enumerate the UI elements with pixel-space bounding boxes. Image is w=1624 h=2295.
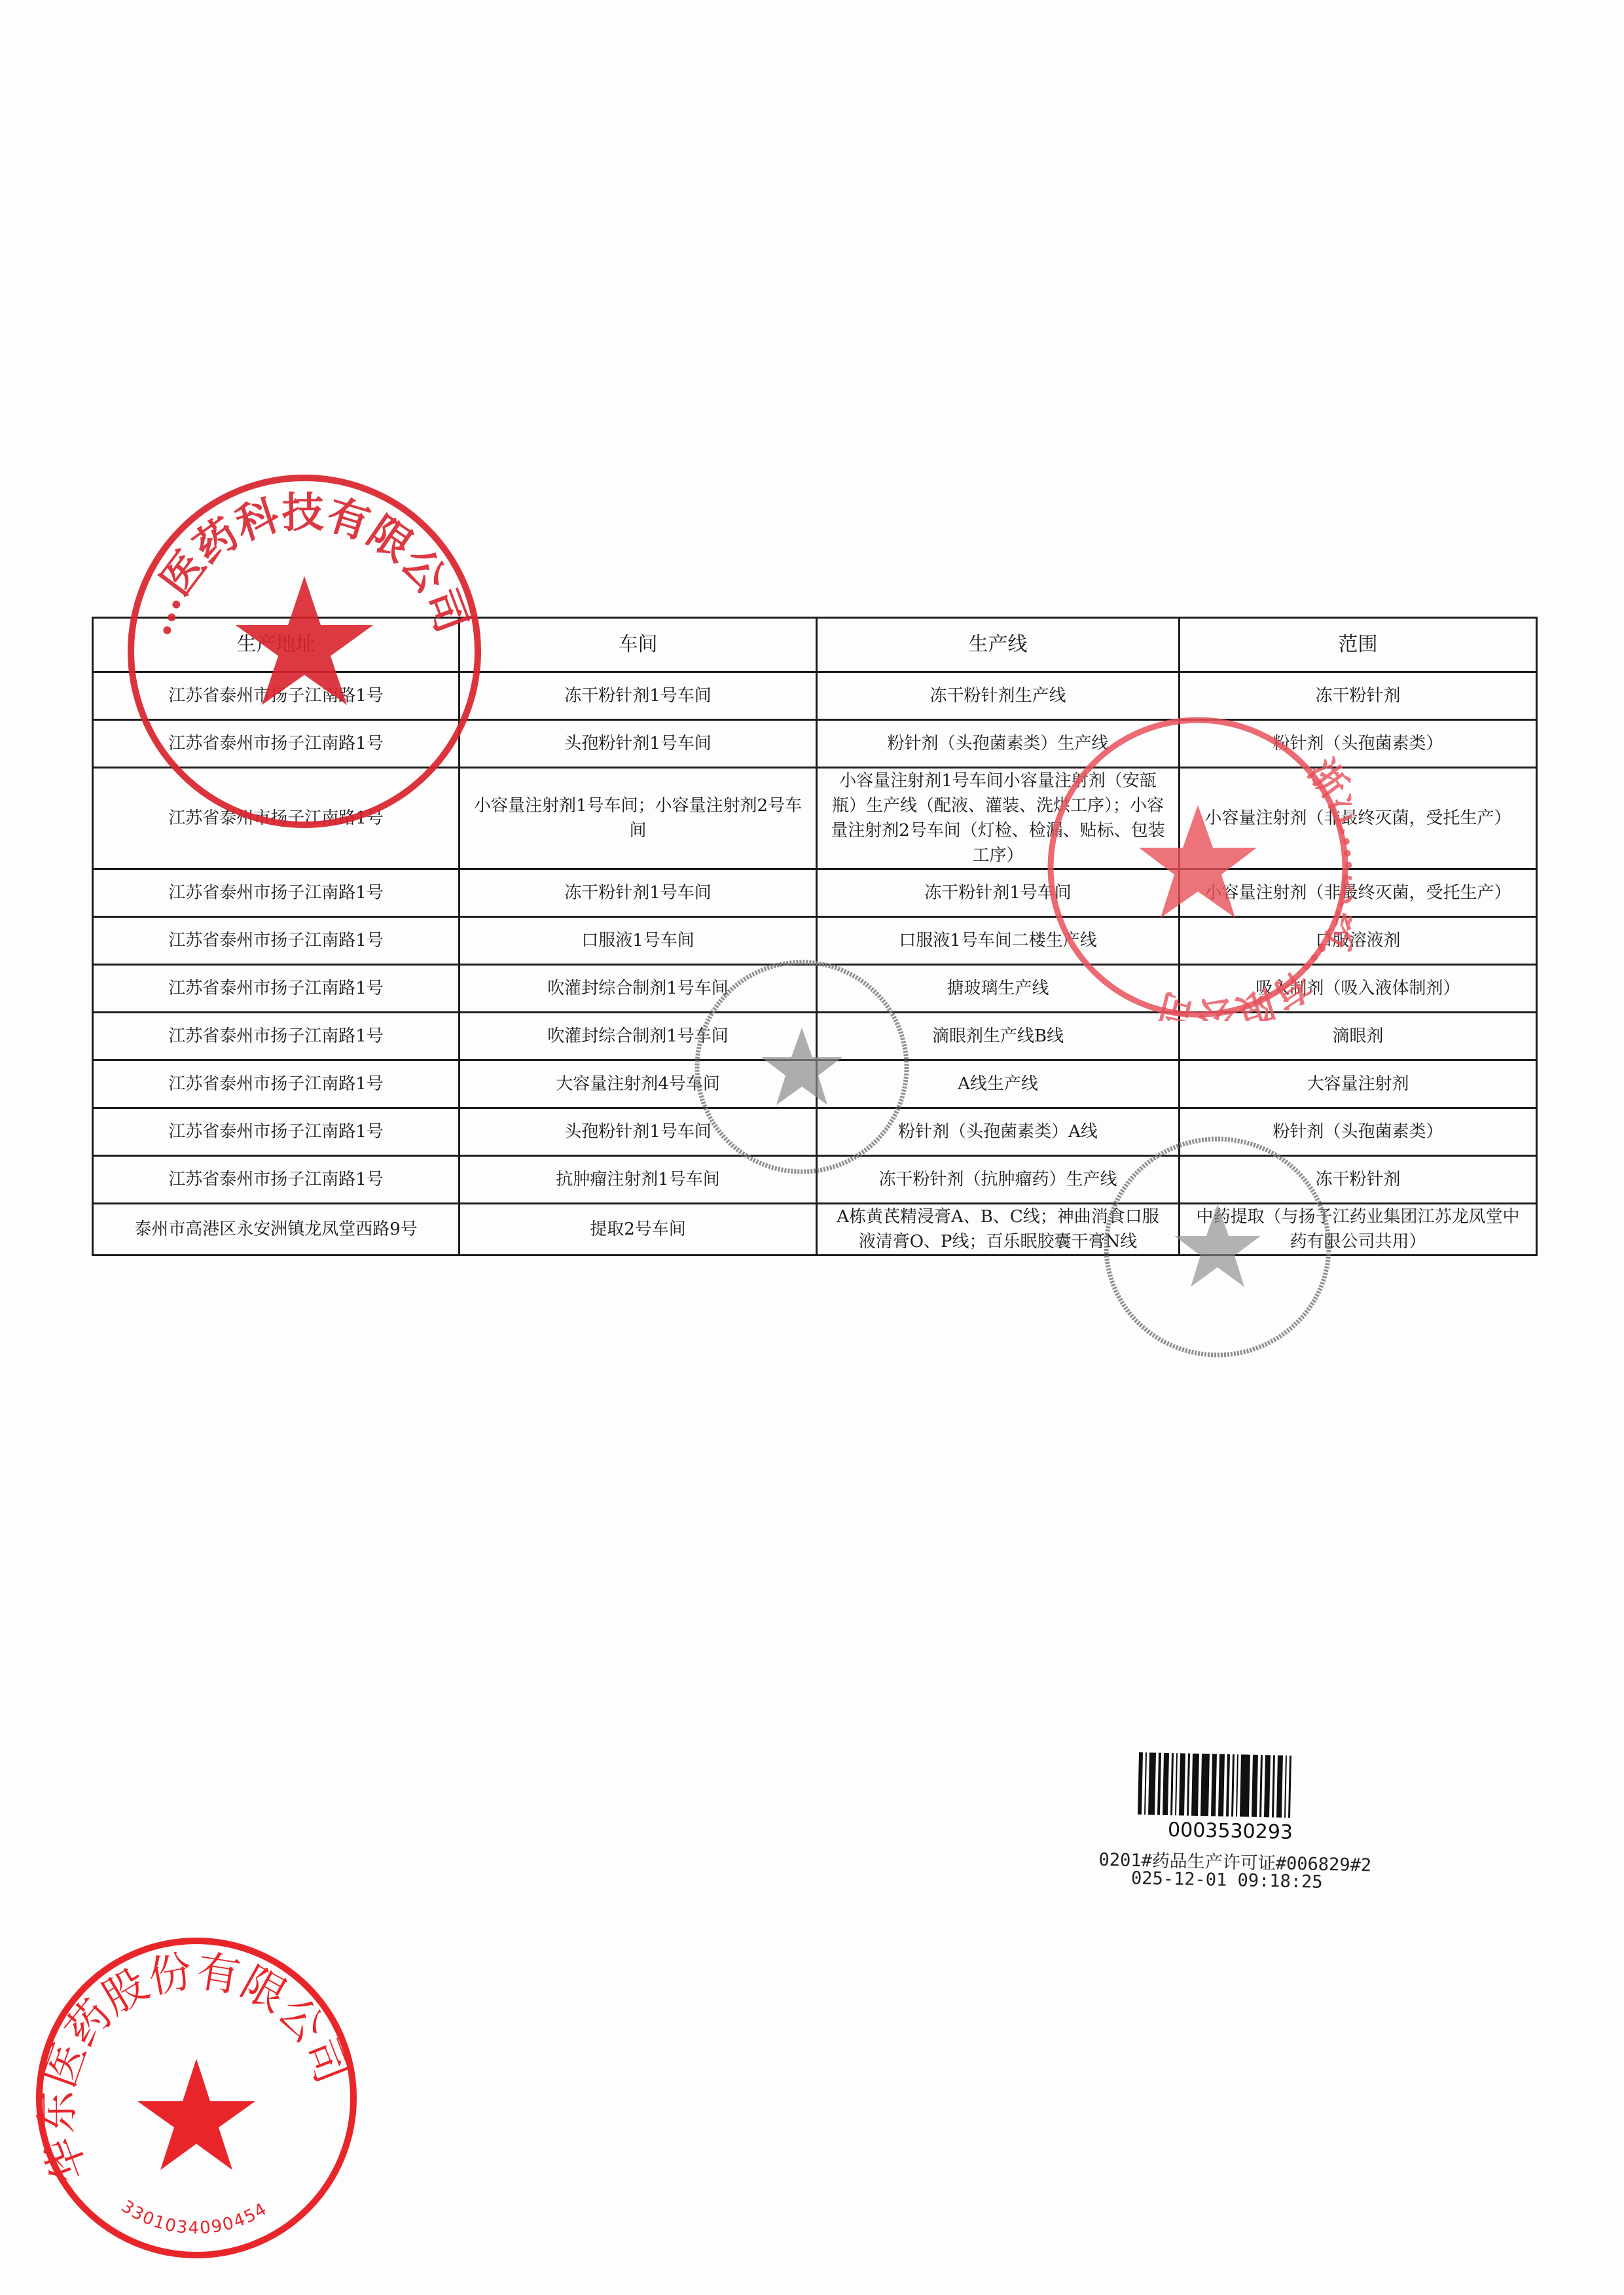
cell-workshop: 吹灌封综合制剂1号车间 [460,965,817,1013]
company-seal-bottom-left: 华东医药股份有限公司 3301034090454 [33,1934,360,2262]
cell-scope: 小容量注射剂（非最终灭菌，受托生产） [1180,768,1537,869]
cell-production-line: 粉针剂（头孢菌素类）A线 [817,1108,1180,1156]
cell-production-line: 搪玻璃生产线 [817,965,1180,1013]
cell-scope: 滴眼剂 [1180,1013,1537,1060]
cell-workshop: 冻干粉针剂1号车间 [460,672,817,720]
table-row: 江苏省泰州市扬子江南路1号冻干粉针剂1号车间冻干粉针剂1号车间小容量注射剂（非最… [93,869,1537,917]
header-scope: 范围 [1180,618,1537,672]
cell-scope: 冻干粉针剂 [1180,672,1537,720]
table-row: 江苏省泰州市扬子江南路1号小容量注射剂1号车间；小容量注射剂2号车间小容量注射剂… [93,768,1537,869]
cell-address: 泰州市高港区永安洲镇龙凤堂西路9号 [93,1204,460,1256]
cell-address: 江苏省泰州市扬子江南路1号 [93,1060,460,1108]
cell-scope: 粉针剂（头孢菌素类） [1180,720,1537,768]
cell-workshop: 头孢粉针剂1号车间 [460,720,817,768]
cell-production-line: 小容量注射剂1号车间小容量注射剂（安瓿瓶）生产线（配液、灌装、洗烘工序）；小容量… [817,768,1180,869]
cell-workshop: 小容量注射剂1号车间；小容量注射剂2号车间 [460,768,817,869]
cell-workshop: 大容量注射剂4号车间 [460,1060,817,1108]
table-row: 泰州市高港区永安洲镇龙凤堂西路9号提取2号车间A栋黄芪精浸膏A、B、C线；神曲消… [93,1204,1537,1256]
cell-scope: 中药提取（与扬子江药业集团江苏龙凤堂中药有限公司共用） [1180,1204,1537,1256]
svg-text:华东医药股份有限公司: 华东医药股份有限公司 [33,1945,357,2188]
header-workshop: 车间 [460,618,817,672]
cell-address: 江苏省泰州市扬子江南路1号 [93,869,460,917]
header-address: 生产地址 [93,618,460,672]
cell-production-line: A栋黄芪精浸膏A、B、C线；神曲消食口服液清膏O、P线；百乐眠胶囊干膏N线 [817,1204,1180,1256]
table-row: 江苏省泰州市扬子江南路1号吹灌封综合制剂1号车间滴眼剂生产线B线滴眼剂 [93,1013,1537,1060]
table-row: 江苏省泰州市扬子江南路1号头孢粉针剂1号车间粉针剂（头孢菌素类）A线粉针剂（头孢… [93,1108,1537,1156]
cell-workshop: 口服液1号车间 [460,917,817,965]
cell-address: 江苏省泰州市扬子江南路1号 [93,720,460,768]
cell-production-line: 冻干粉针剂生产线 [817,672,1180,720]
table-row: 江苏省泰州市扬子江南路1号吹灌封综合制剂1号车间搪玻璃生产线吸入制剂（吸入液体制… [93,965,1537,1013]
table-row: 江苏省泰州市扬子江南路1号冻干粉针剂1号车间冻干粉针剂生产线冻干粉针剂 [93,672,1537,720]
cell-production-line: 口服液1号车间二楼生产线 [817,917,1180,965]
cell-workshop: 吹灌封综合制剂1号车间 [460,1013,817,1060]
cell-address: 江苏省泰州市扬子江南路1号 [93,1013,460,1060]
cell-address: 江苏省泰州市扬子江南路1号 [93,1108,460,1156]
cell-workshop: 提取2号车间 [460,1204,817,1256]
cell-scope: 大容量注射剂 [1180,1060,1537,1108]
cell-scope: 粉针剂（头孢菌素类） [1180,1108,1537,1156]
cell-scope: 吸入制剂（吸入液体制剂） [1180,965,1537,1013]
cell-production-line: A线生产线 [817,1060,1180,1108]
cell-address: 江苏省泰州市扬子江南路1号 [93,768,460,869]
production-scope-table: 生产地址 车间 生产线 范围 江苏省泰州市扬子江南路1号冻干粉针剂1号车间冻干粉… [92,617,1538,1256]
table-row: 江苏省泰州市扬子江南路1号口服液1号车间口服液1号车间二楼生产线口服溶液剂 [93,917,1537,965]
cell-production-line: 粉针剂（头孢菌素类）生产线 [817,720,1180,768]
svg-text:3301034090454: 3301034090454 [118,2197,272,2239]
cell-scope: 冻干粉针剂 [1180,1156,1537,1204]
cell-production-line: 滴眼剂生产线B线 [817,1013,1180,1060]
table-row: 江苏省泰州市扬子江南路1号大容量注射剂4号车间A线生产线大容量注射剂 [93,1060,1537,1108]
cell-scope: 口服溶液剂 [1180,917,1537,965]
header-production-line: 生产线 [817,618,1180,672]
cell-production-line: 冻干粉针剂（抗肿瘤药）生产线 [817,1156,1180,1204]
cell-production-line: 冻干粉针剂1号车间 [817,869,1180,917]
barcode-label: 0003530293 0201#药品生产许可证#006829#2 025-12-… [1045,1731,1415,1902]
cell-address: 江苏省泰州市扬子江南路1号 [93,1156,460,1204]
cell-workshop: 冻干粉针剂1号车间 [460,869,817,917]
cell-scope: 小容量注射剂（非最终灭菌，受托生产） [1180,869,1537,917]
table-row: 江苏省泰州市扬子江南路1号抗肿瘤注射剂1号车间冻干粉针剂（抗肿瘤药）生产线冻干粉… [93,1156,1537,1204]
cell-address: 江苏省泰州市扬子江南路1号 [93,917,460,965]
cell-address: 江苏省泰州市扬子江南路1号 [93,965,460,1013]
barcode-number: 0003530293 [1047,1816,1414,1847]
cell-workshop: 头孢粉针剂1号车间 [460,1108,817,1156]
table-header-row: 生产地址 车间 生产线 范围 [93,618,1537,672]
cell-workshop: 抗肿瘤注射剂1号车间 [460,1156,817,1204]
barcode [1138,1752,1371,1819]
table-row: 江苏省泰州市扬子江南路1号头孢粉针剂1号车间粉针剂（头孢菌素类）生产线粉针剂（头… [93,720,1537,768]
cell-address: 江苏省泰州市扬子江南路1号 [93,672,460,720]
